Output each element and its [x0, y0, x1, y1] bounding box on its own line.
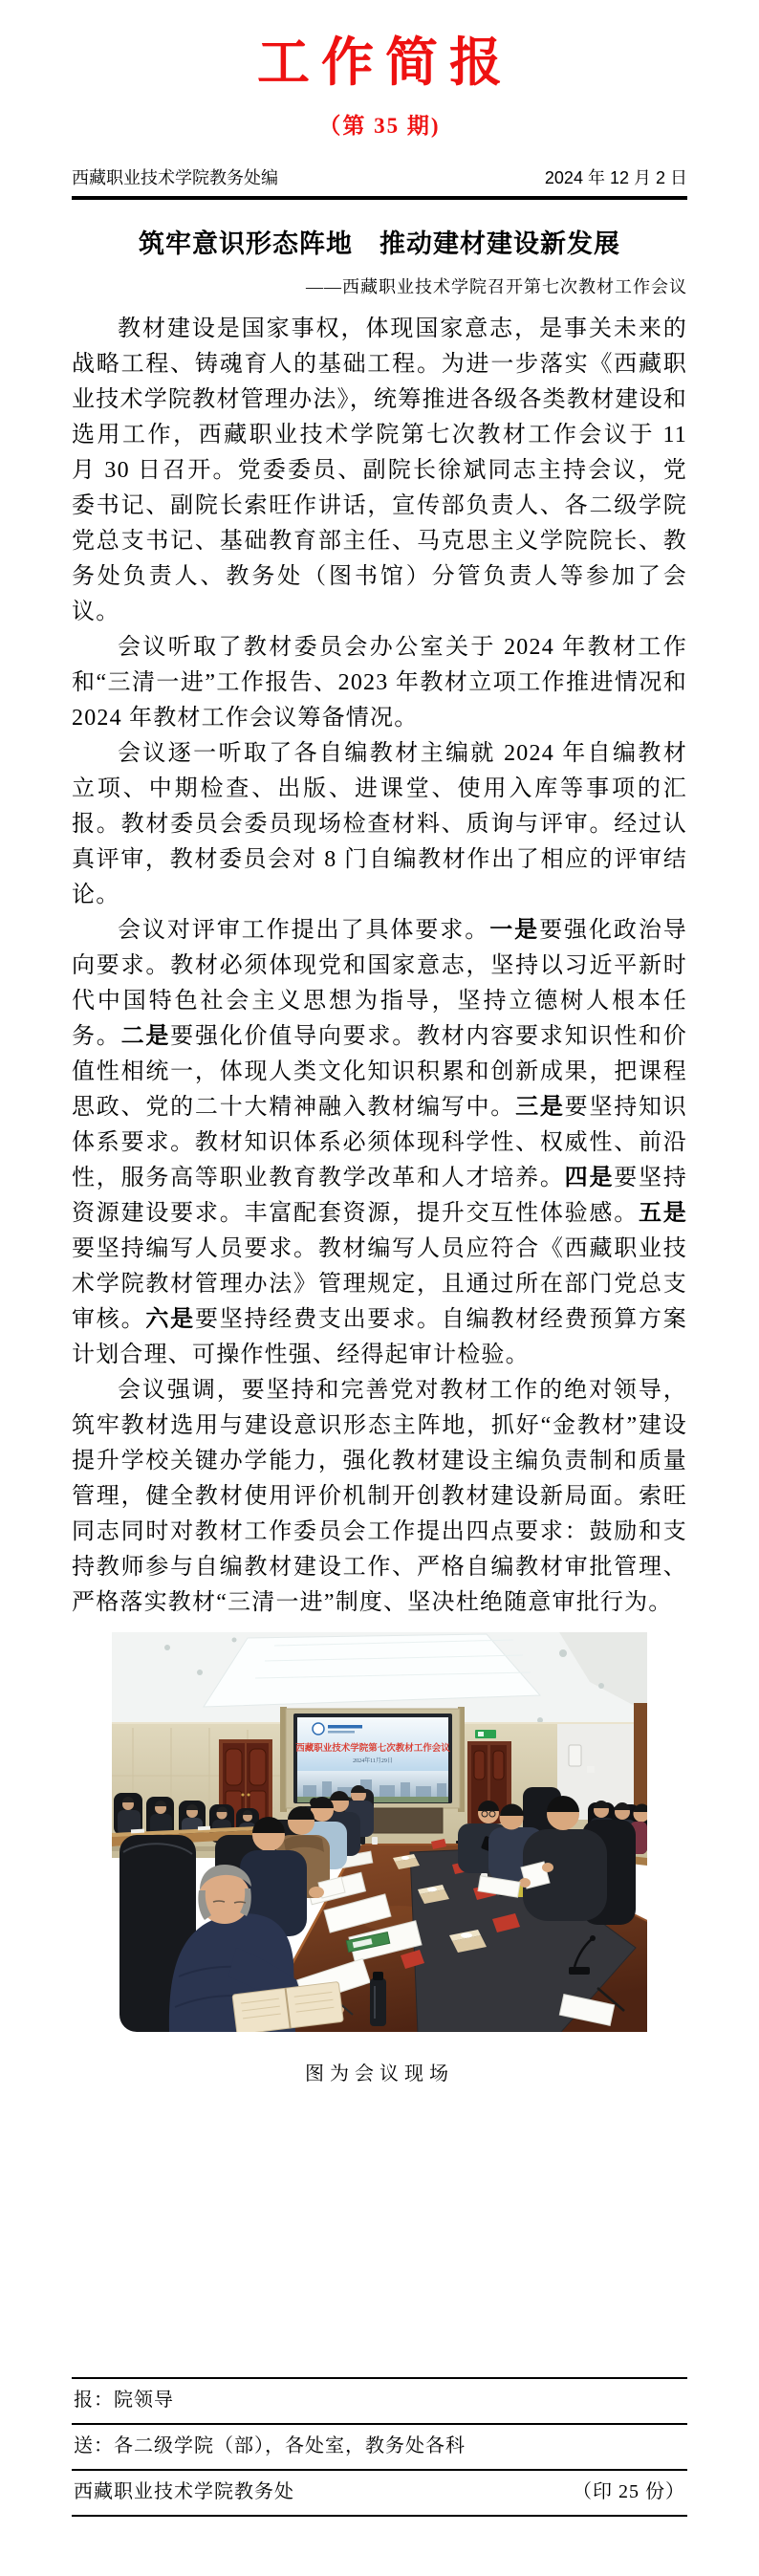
photo-container: 西藏职业技术学院第七次教材工作会议 2024年11月29日 [112, 1632, 647, 2032]
school-logo-icon [313, 1723, 324, 1735]
side-desk-paper [198, 1826, 210, 1831]
article-paragraph: 会议逐一听取了各自编教材主编就 2024 年自编教材立项、中期检查、出版、进课堂… [72, 736, 687, 913]
screen-title-text: 西藏职业技术学院第七次教材工作会议 [295, 1742, 450, 1754]
article-paragraph: 教材建设是国家事权，体现国家意志，是事关未来的战略工程、铸魂育人的基础工程。为进… [72, 312, 687, 630]
logo-subtext-line [328, 1731, 355, 1734]
bulletin-page: 工作简报 （第 35 期) 西藏职业技术学院教务处编 2024 年 12 月 2… [0, 0, 759, 2576]
send-to-row: 送：各二级学院（部），各处室，教务处各科 [72, 2423, 687, 2469]
screen-date-text: 2024年11月29日 [353, 1757, 393, 1764]
article-paragraph: 会议对评审工作提出了具体要求。一是要强化政治导向要求。教材必须体现党和国家意志，… [72, 913, 687, 1373]
article-title: 筑牢意识形态阵地 推动建材建设新发展 [72, 223, 687, 260]
publication-row: 西藏职业技术学院教务处编 2024 年 12 月 2 日 [72, 164, 687, 189]
publication-date: 2024 年 12 月 2 日 [545, 164, 687, 189]
report-to-row: 报：院领导 [72, 2377, 687, 2423]
distribution-footer: 报：院领导 送：各二级学院（部），各处室，教务处各科 西藏职业技术学院教务处 （… [72, 2377, 687, 2517]
side-desk-paper [131, 1829, 144, 1834]
wall-speaker [569, 1745, 581, 1766]
wall-switch [587, 1766, 595, 1773]
publisher-name: 西藏职业技术学院教务处 [74, 2478, 294, 2505]
article-subtitle: ——西藏职业技术学院召开第七次教材工作会议 [72, 273, 687, 298]
issue-number: （第 35 期) [72, 108, 687, 140]
exit-sign-figure [478, 1732, 484, 1736]
masthead-divider [72, 196, 687, 200]
bulletin-title: 工作简报 [72, 0, 687, 93]
ceiling-light-panel [204, 1634, 540, 1707]
photo-caption: 图为会议现场 [72, 2061, 687, 2087]
article-body: 教材建设是国家事权，体现国家意志，是事关未来的战略工程、铸魂育人的基础工程。为进… [72, 312, 687, 1621]
publisher-row: 西藏职业技术学院教务处 （印 25 份） [72, 2469, 687, 2515]
article-paragraph: 会议强调，要坚持和完善党对教材工作的绝对领导，筑牢教材选用与建设意识形态主阵地，… [72, 1373, 687, 1621]
logo-text-line [328, 1725, 362, 1729]
print-copies: （印 25 份） [573, 2478, 685, 2505]
editor-name: 西藏职业技术学院教务处编 [72, 164, 278, 189]
article-paragraph: 会议听取了教材委员会办公室关于 2024 年教材工作和“三清一进”工作报告、20… [72, 630, 687, 736]
thermos-bottle-foreground [370, 1972, 386, 2026]
meeting-photo: 西藏职业技术学院第七次教材工作会议 2024年11月29日 [112, 1632, 647, 2032]
